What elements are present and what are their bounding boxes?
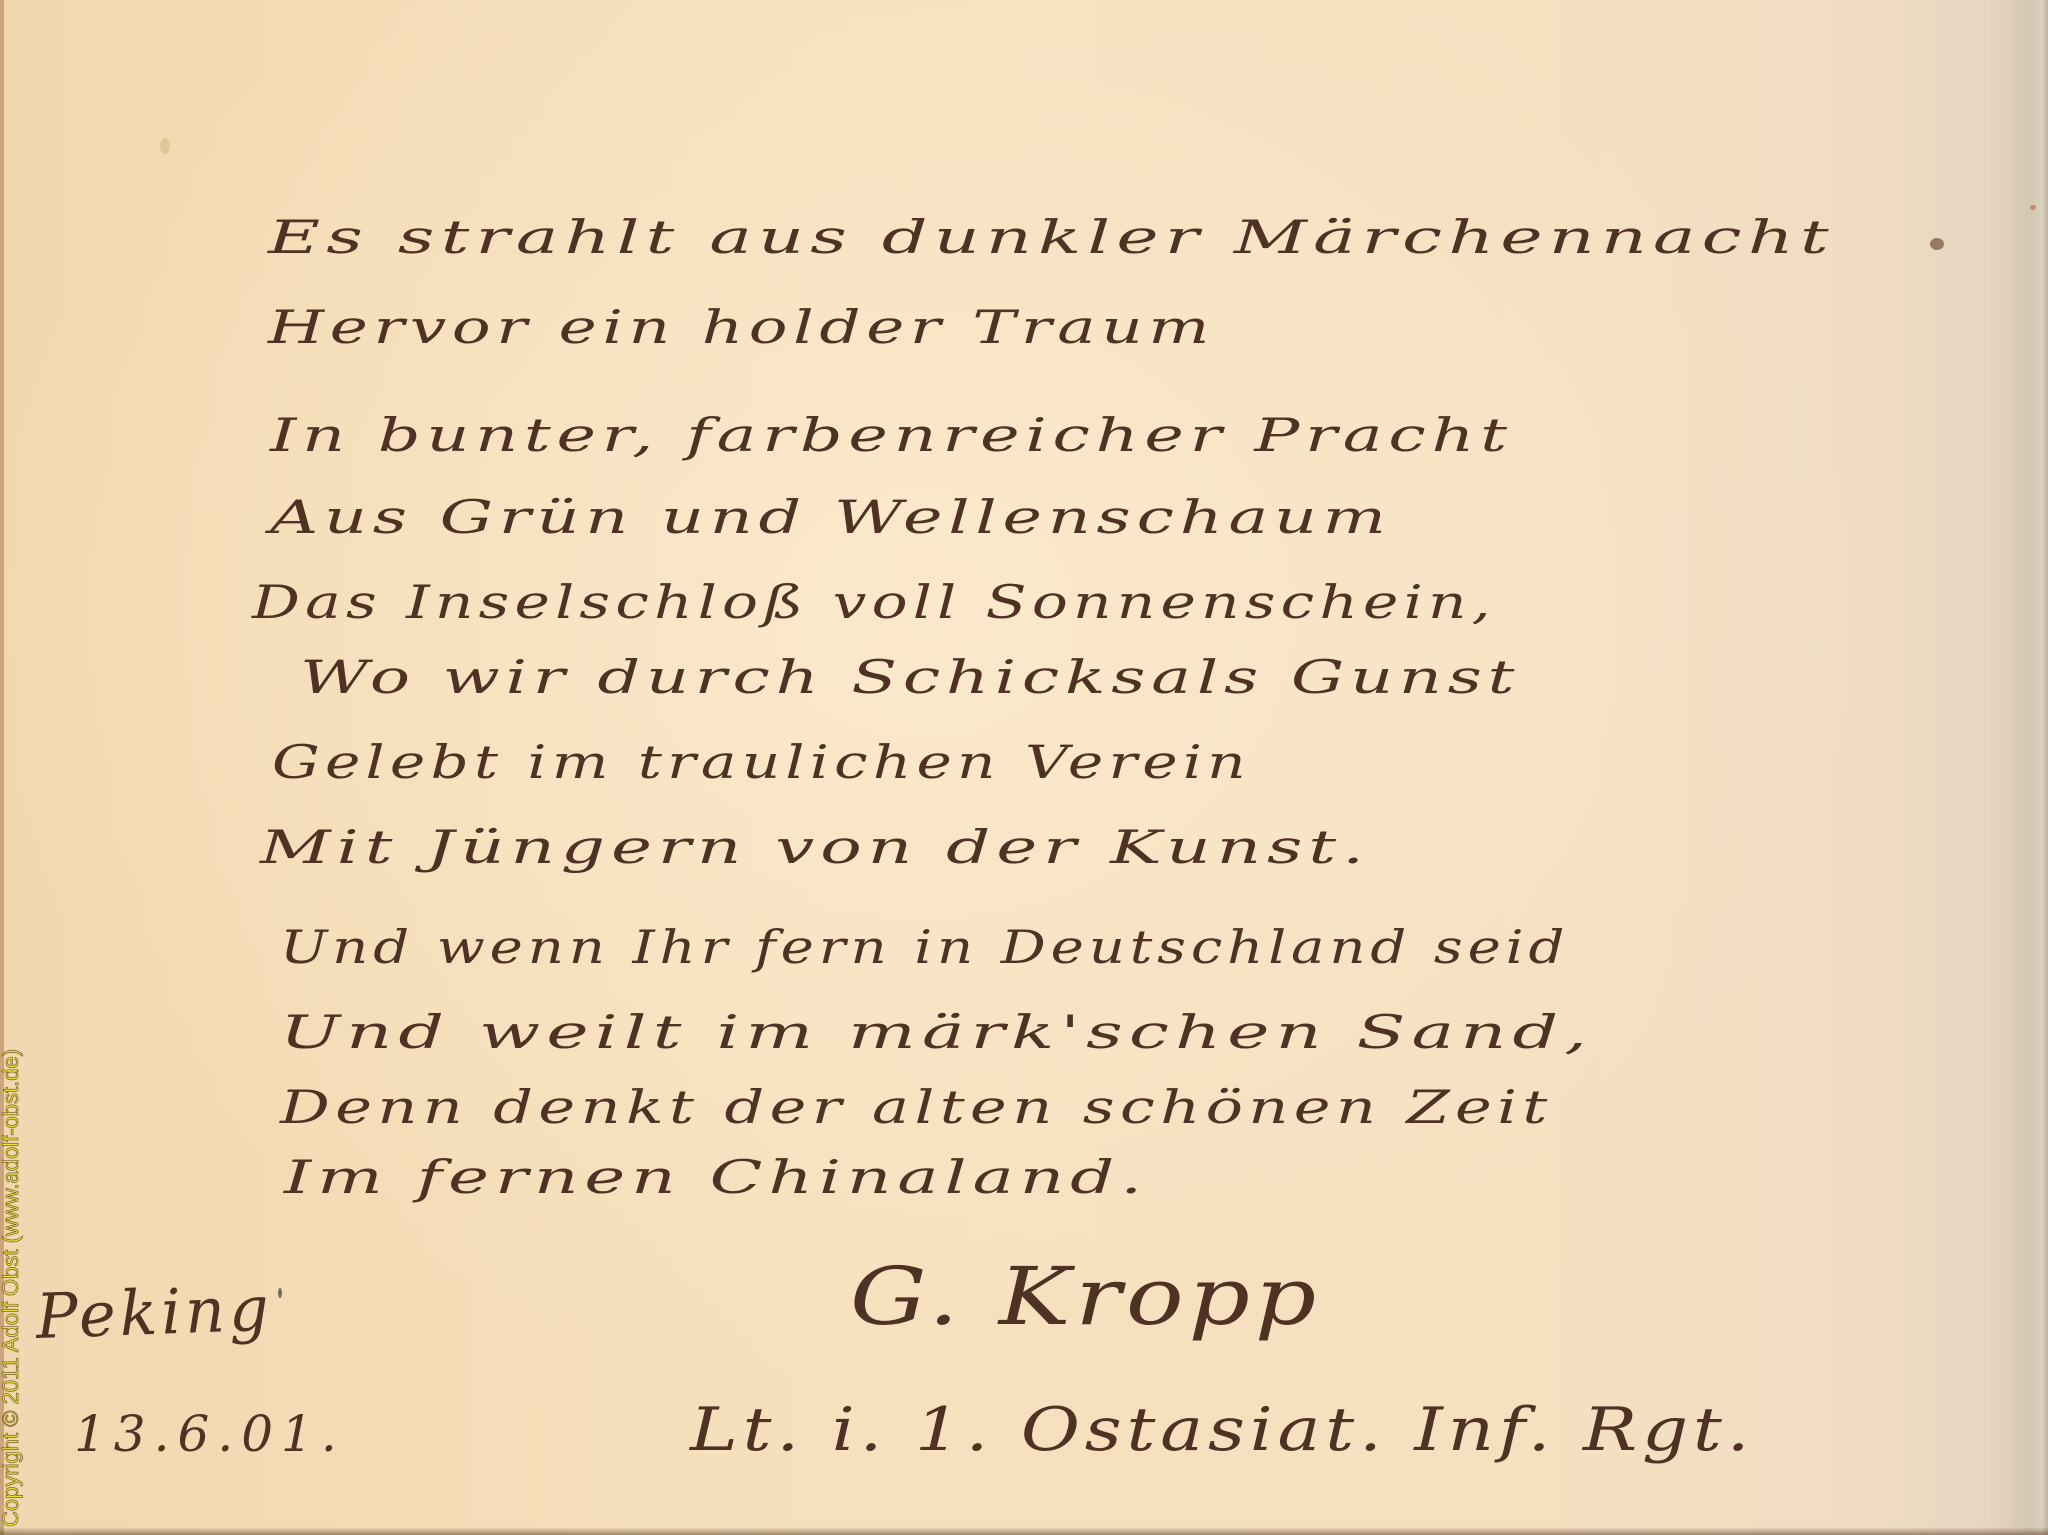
poem-line-12: Im fernen Chinaland. xyxy=(284,1150,1148,1204)
poem-line-5: Das Inselschloß voll Sonnenschein, xyxy=(252,575,1496,629)
copyright-watermark: Copyright © 2011 Adolf Obst (www.adolf-o… xyxy=(0,1049,24,1527)
poem-line-11: Denn denkt der alten schönen Zeit xyxy=(280,1080,1553,1134)
poem-line-8: Mit Jüngern von der Kunst. xyxy=(260,820,1370,874)
ink-spot xyxy=(1930,238,1944,250)
page-right-edge xyxy=(2032,0,2048,1535)
poem-line-9: Und wenn Ihr fern in Deutschland seid xyxy=(280,920,1569,974)
poem-line-3: In bunter, farbenreicher Pracht xyxy=(270,408,1513,462)
poem-line-2: Hervor ein holder Traum xyxy=(268,300,1215,354)
rank-unit-text: Lt. i. 1. Ostasiat. Inf. Rgt. xyxy=(690,1395,1754,1465)
signature: G. Kropp xyxy=(850,1250,1321,1343)
ink-spot xyxy=(2030,205,2036,210)
poem-line-1: Es strahlt aus dunkler Märchennacht xyxy=(268,210,1835,264)
place-text: Peking xyxy=(35,1272,274,1353)
date-text: 13.6.01. xyxy=(74,1405,345,1463)
poem-line-10: Und weilt im märk'schen Sand, xyxy=(280,1005,1593,1059)
ink-spot xyxy=(278,1288,282,1298)
poem-line-4: Aus Grün und Wellenschaum xyxy=(270,490,1392,544)
poem-line-6: Wo wir durch Schicksals Gunst xyxy=(300,650,1520,704)
poem-line-7: Gelebt im traulichen Verein xyxy=(272,735,1251,789)
album-page: Es strahlt aus dunkler Märchennacht Herv… xyxy=(0,0,2048,1535)
paper-stain xyxy=(160,138,170,154)
